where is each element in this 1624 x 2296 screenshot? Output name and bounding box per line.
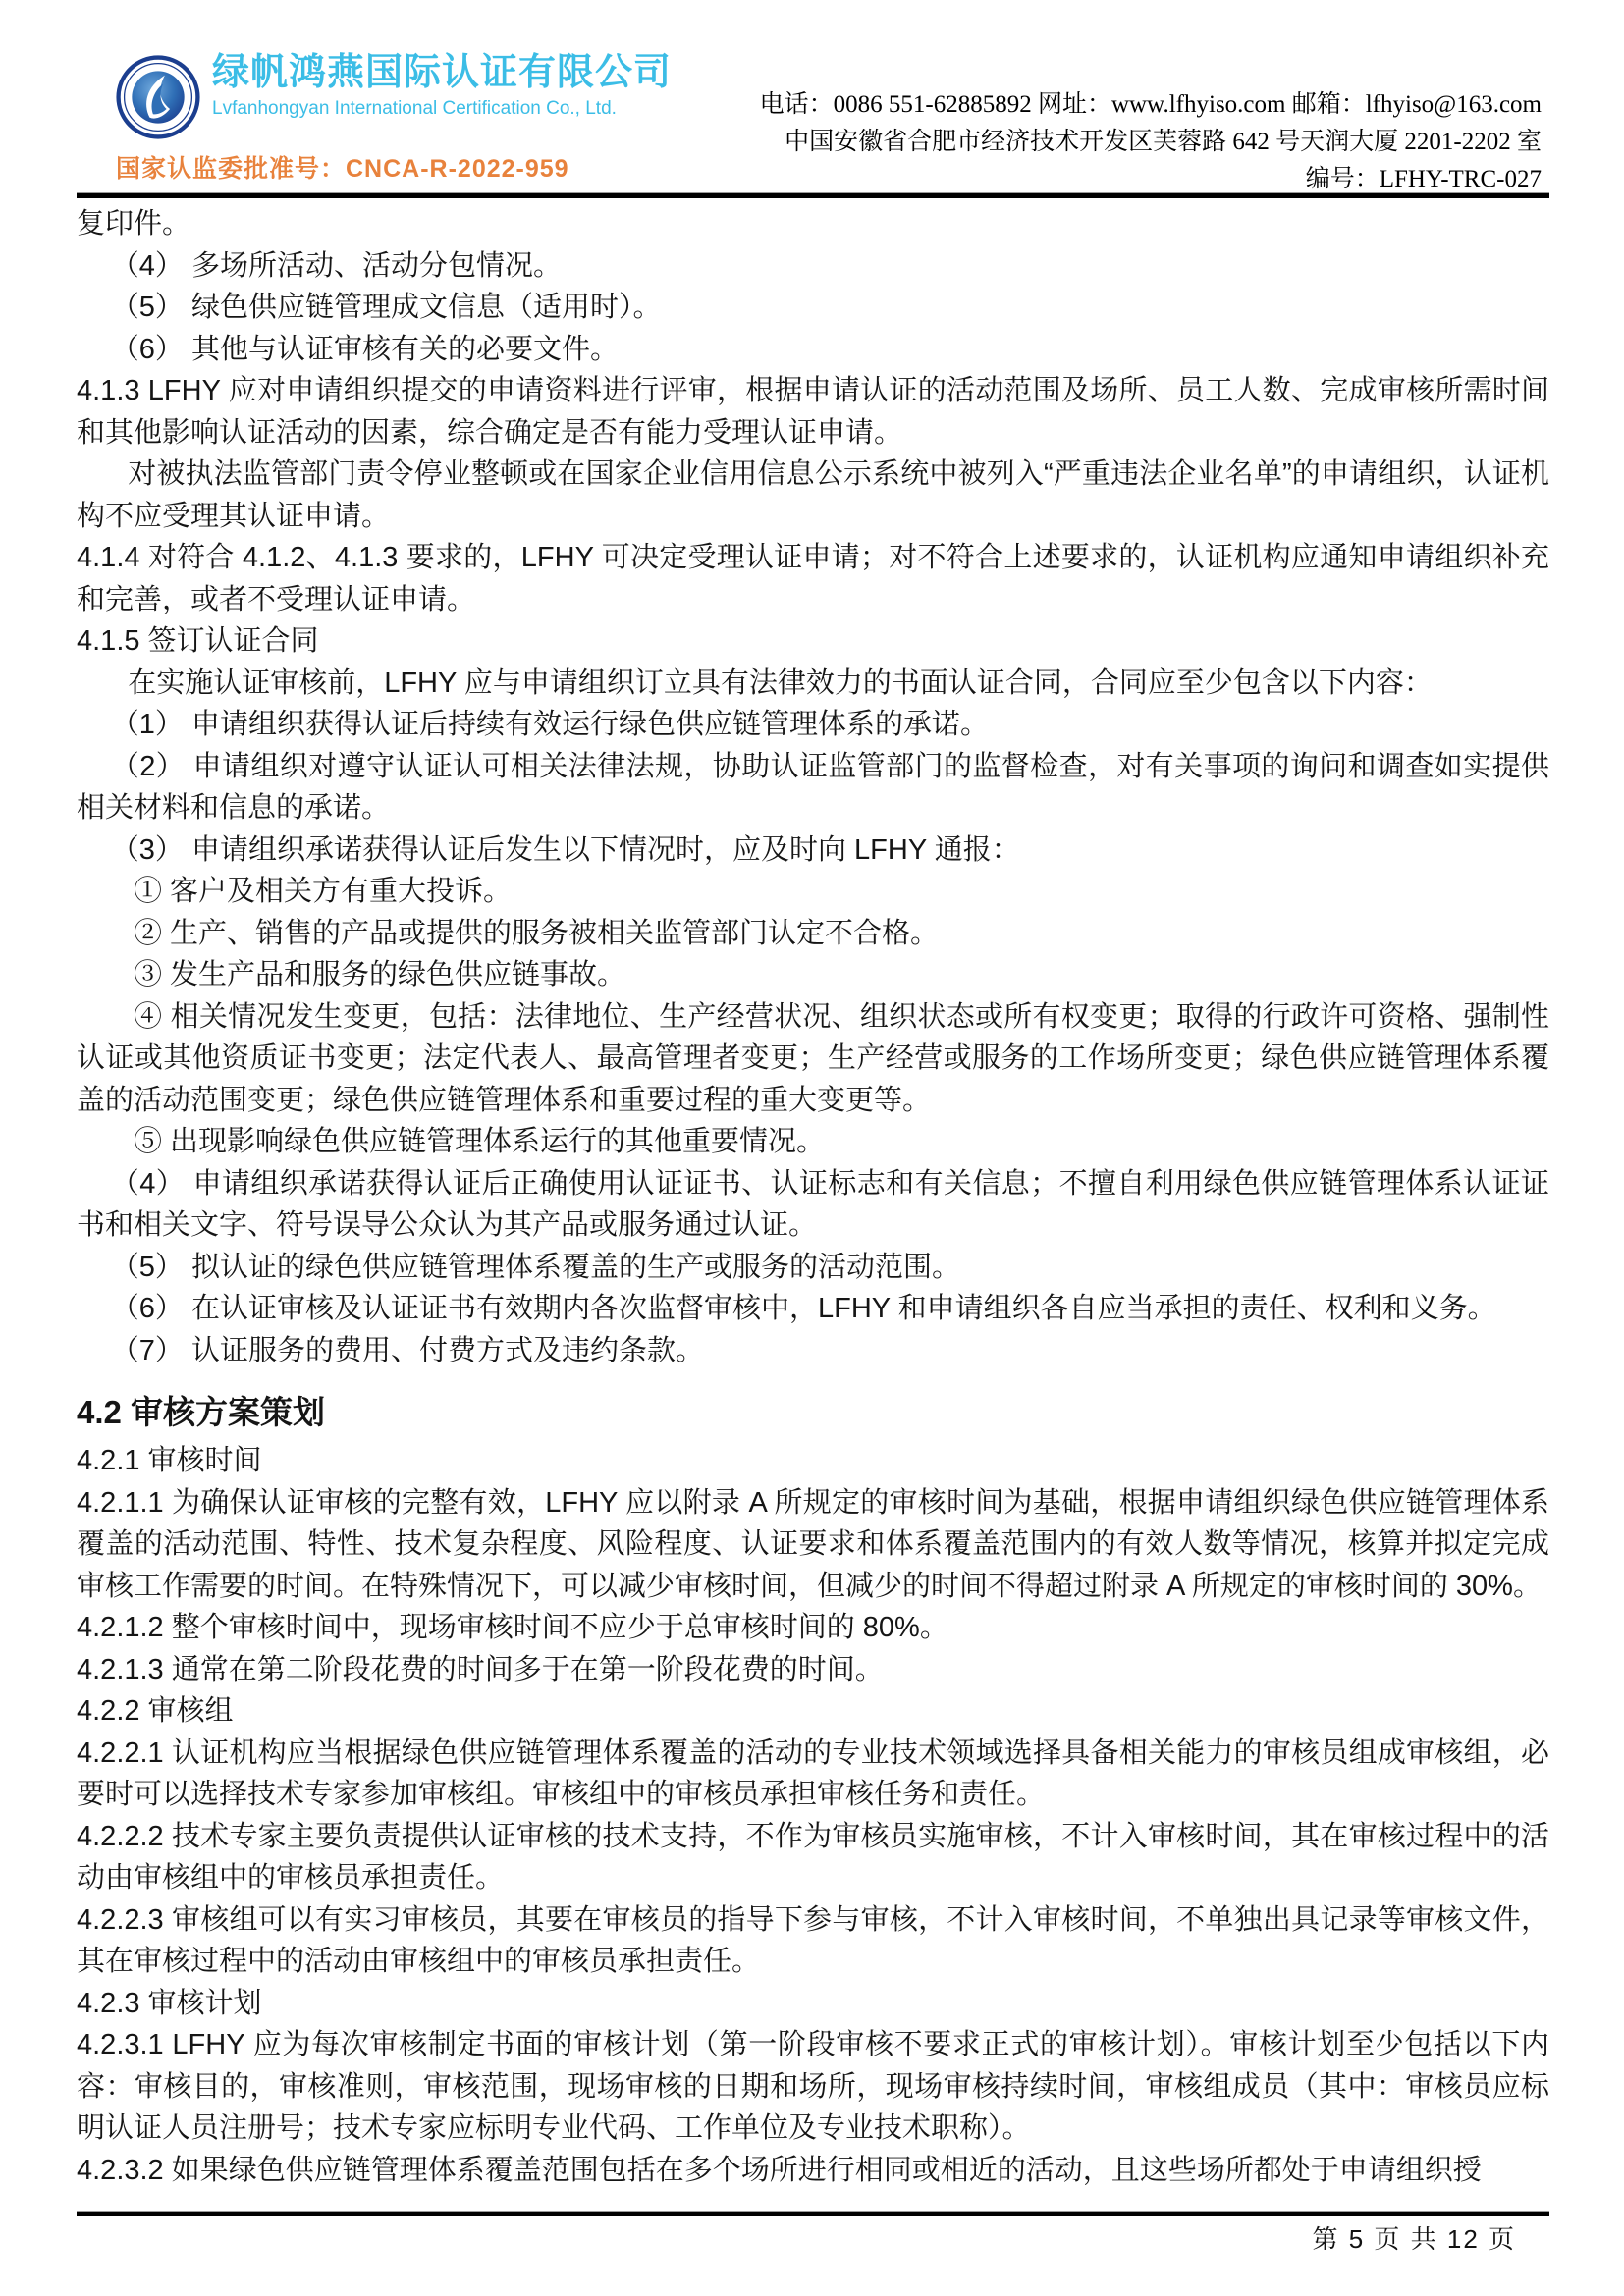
footer-divider (77, 2211, 1549, 2216)
paragraph: （4） 申请组织承诺获得认证后正确使用认证证书、认证标志和有关信息；不擅自利用绿… (77, 1163, 1549, 1247)
paragraph: （6） 在认证审核及认证证书有效期内各次监督审核中，LFHY 和申请组织各自应当… (77, 1288, 1549, 1330)
paragraph: （3） 申请组织承诺获得认证后发生以下情况时，应及时向 LFHY 通报： (77, 829, 1549, 872)
paragraph: 4.2.1.3 通常在第二阶段花费的时间多于在第一阶段花费的时间。 (77, 1649, 1549, 1691)
company-name-zh: 绿帆鸿燕国际认证有限公司 (212, 49, 672, 96)
paragraph: 4.1.3 LFHY 应对申请组织提交的申请资料进行评审，根据申请认证的活动范围… (77, 370, 1549, 454)
paragraph: （1） 申请组织获得认证后持续有效运行绿色供应链管理体系的承诺。 (77, 704, 1549, 746)
paragraph: ④ 相关情况发生变更，包括：法律地位、生产经营状况、组织状态或所有权变更；取得的… (77, 996, 1549, 1122)
paragraph: 4.2.1.2 整个审核时间中，现场审核时间不应少于总审核时间的 80%。 (77, 1607, 1549, 1649)
document-page: 绿帆鸿燕国际认证有限公司 Lvfanhongyan International … (0, 0, 1624, 2296)
paragraph: 4.2.2.3 审核组可以有实习审核员，其要在审核员的指导下参与审核，不计入审核… (77, 1899, 1549, 1983)
paragraph: 4.2.3.2 如果绿色供应链管理体系覆盖范围包括在多个场所进行相同或相近的活动… (77, 2150, 1549, 2192)
paragraph: 4.2.3 审核计划 (77, 1983, 1549, 2025)
company-name-en: Lvfanhongyan International Certification… (212, 96, 672, 122)
paragraph: ② 生产、销售的产品或提供的服务被相关监管部门认定不合格。 (77, 913, 1549, 955)
address-line: 中国安徽省合肥市经济技术开发区芙蓉路 642 号天润大厦 2201-2202 室 (760, 124, 1542, 161)
paragraph: 4.1.4 对符合 4.1.2、4.1.3 要求的，LFHY 可决定受理认证申请… (77, 537, 1549, 620)
document-body: 复印件。（4） 多场所活动、活动分包情况。（5） 绿色供应链管理成文信息（适用时… (77, 203, 1549, 2203)
paragraph: （7） 认证服务的费用、付费方式及违约条款。 (77, 1330, 1549, 1372)
paragraph: 4.2.2.1 认证机构应当根据绿色供应链管理体系覆盖的活动的专业技术领域选择具… (77, 1733, 1549, 1816)
paragraph: 4.2.1.1 为确保认证审核的完整有效，LFHY 应以附录 A 所规定的审核时… (77, 1482, 1549, 1608)
paragraph: （5） 绿色供应链管理成文信息（适用时）。 (77, 287, 1549, 329)
paragraph: ③ 发生产品和服务的绿色供应链事故。 (77, 954, 1549, 996)
paragraph: 复印件。 (77, 203, 1549, 245)
paragraph: 在实施认证审核前，LFHY 应与申请组织订立具有法律效力的书面认证合同，合同应至… (77, 663, 1549, 705)
company-logo-icon (116, 55, 200, 139)
paragraph: （2） 申请组织对遵守认证认可相关法律法规，协助认证监管部门的监督检查，对有关事… (77, 746, 1549, 829)
company-logo (116, 55, 200, 139)
header-contact-block: 电话：0086 551-62885892 网址：www.lfhyiso.com … (760, 86, 1542, 198)
page-number: 第 5 页 共 12 页 (1313, 2219, 1517, 2256)
paragraph: 4.2.2.2 技术专家主要负责提供认证审核的技术支持，不作为审核员实施审核，不… (77, 1816, 1549, 1899)
paragraph: ① 客户及相关方有重大投诉。 (77, 871, 1549, 913)
paragraph: 4.2.3.1 LFHY 应为每次审核制定书面的审核计划（第一阶段审核不要求正式… (77, 2024, 1549, 2150)
paragraph: 对被执法监管部门责令停业整顿或在国家企业信用信息公示系统中被列入“严重违法企业名… (77, 454, 1549, 537)
approval-number: 国家认监委批准号：CNCA-R-2022-959 (116, 149, 666, 185)
paragraph: 4.1.5 签订认证合同 (77, 620, 1549, 663)
contact-line: 电话：0086 551-62885892 网址：www.lfhyiso.com … (760, 86, 1542, 124)
paragraph: 4.2.2 审核组 (77, 1690, 1549, 1733)
document-header: 绿帆鸿燕国际认证有限公司 Lvfanhongyan International … (77, 0, 1549, 193)
paragraph: （6） 其他与认证审核有关的必要文件。 (77, 329, 1549, 371)
paragraph: （4） 多场所活动、活动分包情况。 (77, 245, 1549, 288)
paragraph: （5） 拟认证的绿色供应链管理体系覆盖的生产或服务的活动范围。 (77, 1247, 1549, 1289)
paragraph: 4.2.1 审核时间 (77, 1440, 1549, 1482)
paragraph: ⑤ 出现影响绿色供应链管理体系运行的其他重要情况。 (77, 1121, 1549, 1163)
header-brand-block: 绿帆鸿燕国际认证有限公司 Lvfanhongyan International … (116, 49, 666, 185)
header-divider (77, 192, 1549, 198)
section-heading: 4.2 审核方案策划 (77, 1391, 1549, 1434)
